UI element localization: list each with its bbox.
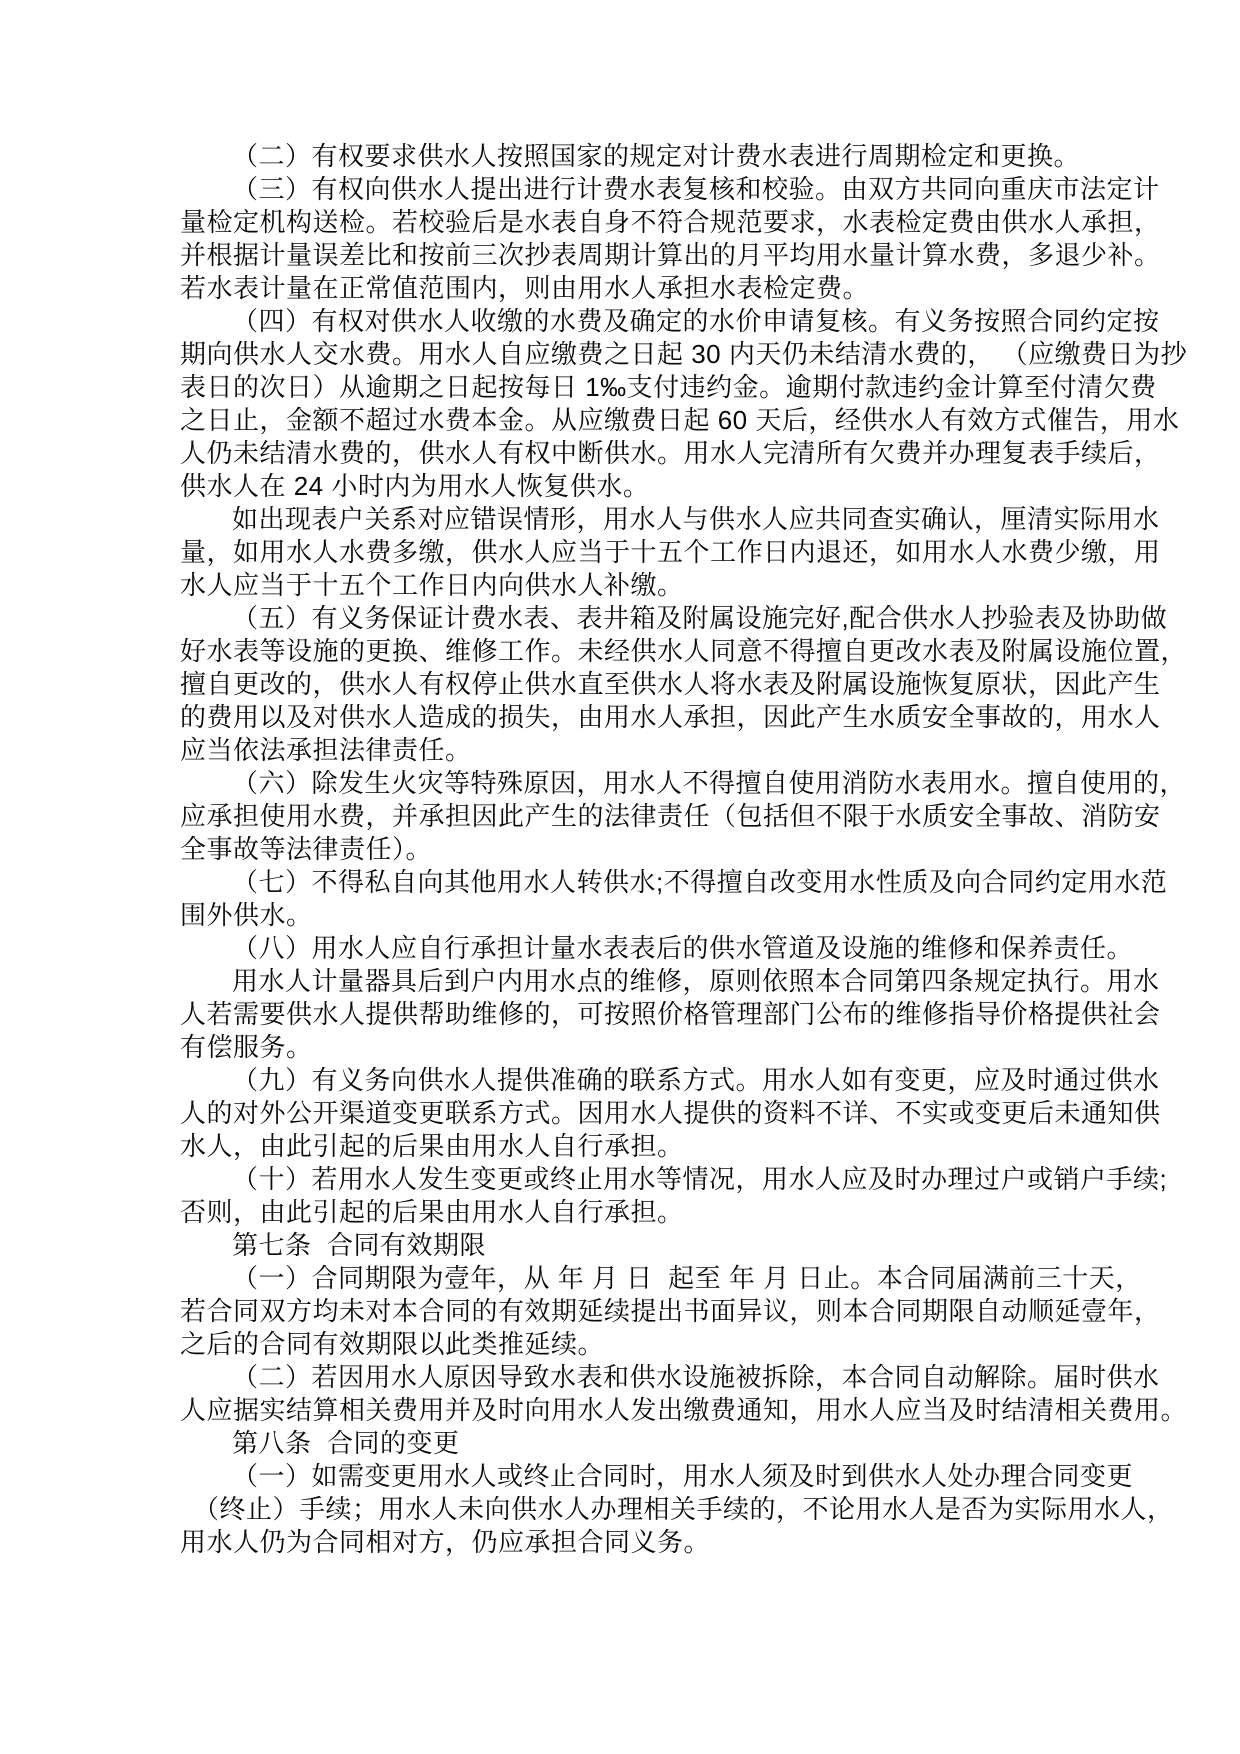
document-line: 并根据计量误差比和按前三次抄表周期计算出的月平均用水量计算水费，多退少补。 xyxy=(180,239,1070,272)
document-line: 水人，由此引起的后果由用水人自行承担。 xyxy=(180,1130,1070,1163)
document-line: （一）合同期限为壹年，从 年 月 日 起至 年 月 日止。本合同届满前三十天， xyxy=(180,1262,1070,1295)
contract-document-page: （二）有权要求供水人按照国家的规定对计费水表进行周期检定和更换。（三）有权向供水… xyxy=(0,0,1240,1754)
document-line: 第七条 合同有效期限 xyxy=(180,1229,1070,1262)
document-line: 全事故等法律责任）。 xyxy=(180,833,1070,866)
document-line: 好水表等设施的更换、维修工作。未经供水人同意不得擅自更改水表及附属设施位置， xyxy=(180,635,1070,668)
document-line: 用水人计量器具后到户内用水点的维修，原则依照本合同第四条规定执行。用水 xyxy=(180,965,1070,998)
document-line: 水人应当于十五个工作日内向供水人补缴。 xyxy=(180,569,1070,602)
document-line: 如出现表户关系对应错误情形，用水人与供水人应共同查实确认，厘清实际用水 xyxy=(180,503,1070,536)
document-line: （二）若因用水人原因导致水表和供水设施被拆除，本合同自动解除。届时供水 xyxy=(180,1361,1070,1394)
document-line: 供水人在 24 小时内为用水人恢复供水。 xyxy=(180,470,1070,503)
document-line: 表日的次日）从逾期之日起按每日 1‰支付违约金。逾期付款违约金计算至付清欠费 xyxy=(180,371,1070,404)
document-line: 应当依法承担法律责任。 xyxy=(180,734,1070,767)
document-line: 第八条 合同的变更 xyxy=(180,1427,1070,1460)
document-line: 人应据实结算相关费用并及时向用水人发出缴费通知，用水人应当及时结清相关费用。 xyxy=(180,1394,1070,1427)
document-line: 围外供水。 xyxy=(180,899,1070,932)
document-line: （六）除发生火灾等特殊原因，用水人不得擅自使用消防水表用水。擅自使用的， xyxy=(180,767,1070,800)
document-line: （一）如需变更用水人或终止合同时，用水人须及时到供水人处办理合同变更 xyxy=(180,1460,1070,1493)
document-line: 人的对外公开渠道变更联系方式。因用水人提供的资料不详、不实或变更后未通知供 xyxy=(180,1097,1070,1130)
document-line: 若水表计量在正常值范围内，则由用水人承担水表检定费。 xyxy=(180,272,1070,305)
document-text-block: （二）有权要求供水人按照国家的规定对计费水表进行周期检定和更换。（三）有权向供水… xyxy=(180,140,1070,1559)
document-line: 之日止，金额不超过水费本金。从应缴费日起 60 天后，经供水人有效方式催告，用水 xyxy=(180,404,1070,437)
document-line: 量检定机构送检。若校验后是水表自身不符合规范要求，水表检定费由供水人承担， xyxy=(180,206,1070,239)
document-line: （终止）手续；用水人未向供水人办理相关手续的，不论用水人是否为实际用水人， xyxy=(180,1493,1070,1526)
document-line: 有偿服务。 xyxy=(180,1031,1070,1064)
document-line: （三）有权向供水人提出进行计费水表复核和校验。由双方共同向重庆市法定计 xyxy=(180,173,1070,206)
document-line: 期向供水人交水费。用水人自应缴费之日起 30 内天仍未结清水费的， （应缴费日为… xyxy=(180,338,1070,371)
document-line: 若合同双方均未对本合同的有效期延续提出书面异议，则本合同期限自动顺延壹年， xyxy=(180,1295,1070,1328)
document-line: （八）用水人应自行承担计量水表表后的供水管道及设施的维修和保养责任。 xyxy=(180,932,1070,965)
document-line: 擅自更改的，供水人有权停止供水直至供水人将水表及附属设施恢复原状，因此产生 xyxy=(180,668,1070,701)
document-line: （十）若用水人发生变更或终止用水等情况，用水人应及时办理过户或销户手续; xyxy=(180,1163,1070,1196)
document-line: （九）有义务向供水人提供准确的联系方式。用水人如有变更，应及时通过供水 xyxy=(180,1064,1070,1097)
document-line: 之后的合同有效期限以此类推延续。 xyxy=(180,1328,1070,1361)
document-line: 人仍未结清水费的，供水人有权中断供水。用水人完清所有欠费并办理复表手续后， xyxy=(180,437,1070,470)
document-line: （四）有权对供水人收缴的水费及确定的水价申请复核。有义务按照合同约定按 xyxy=(180,305,1070,338)
document-line: 用水人仍为合同相对方，仍应承担合同义务。 xyxy=(180,1526,1070,1559)
document-line: 量，如用水人水费多缴，供水人应当于十五个工作日内退还，如用水人水费少缴，用 xyxy=(180,536,1070,569)
document-line: （二）有权要求供水人按照国家的规定对计费水表进行周期检定和更换。 xyxy=(180,140,1070,173)
document-line: 人若需要供水人提供帮助维修的，可按照价格管理部门公布的维修指导价格提供社会 xyxy=(180,998,1070,1031)
document-line: 否则，由此引起的后果由用水人自行承担。 xyxy=(180,1196,1070,1229)
document-line: （七）不得私自向其他用水人转供水;不得擅自改变用水性质及向合同约定用水范 xyxy=(180,866,1070,899)
document-line: 的费用以及对供水人造成的损失，由用水人承担，因此产生水质安全事故的，用水人 xyxy=(180,701,1070,734)
document-line: （五）有义务保证计费水表、表井箱及附属设施完好,配合供水人抄验表及协助做 xyxy=(180,602,1070,635)
document-line: 应承担使用水费，并承担因此产生的法律责任（包括但不限于水质安全事故、消防安 xyxy=(180,800,1070,833)
